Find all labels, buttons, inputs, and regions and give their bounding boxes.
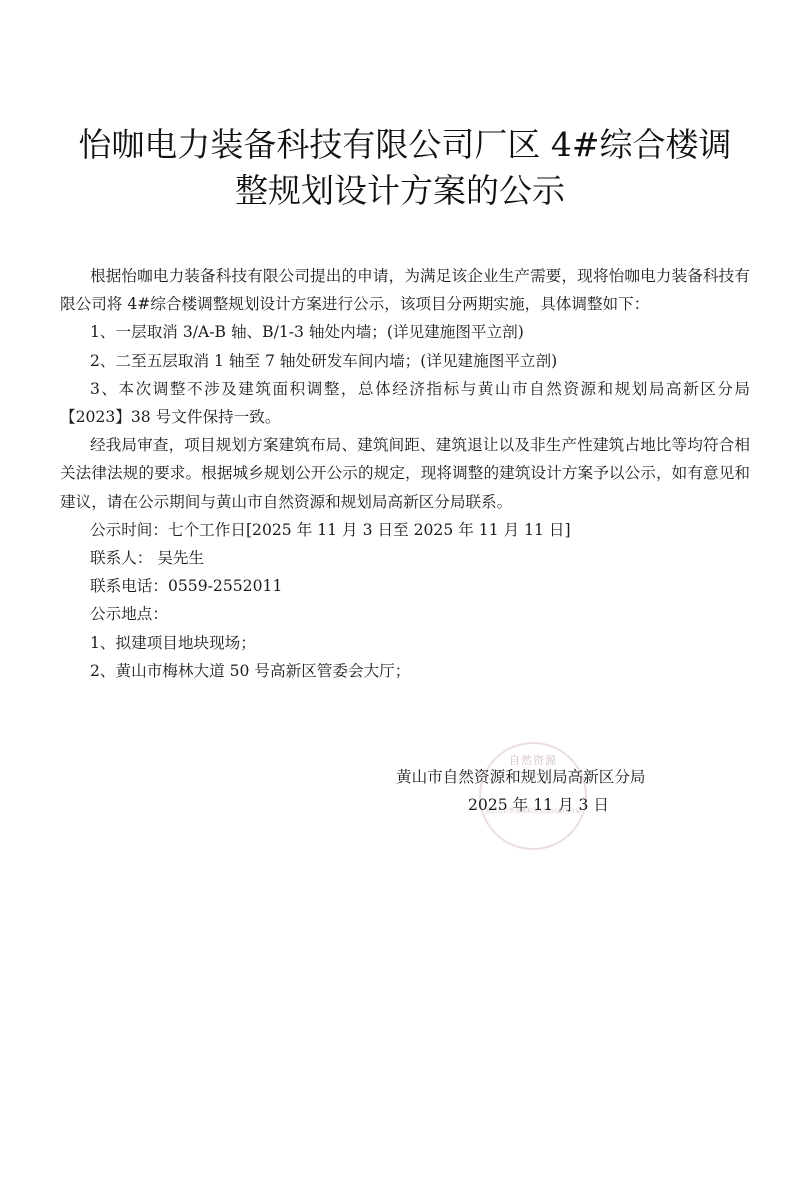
signing-organization: 黄山市自然资源和规划局高新区分局 [396,763,646,791]
contact-phone: 联系电话：0559-2552011 [60,572,750,600]
location-item-2: 2、黄山市梅林大道 50 号高新区管委会大厅； [60,657,750,685]
title-line-2: 整规划设计方案的公示 [0,168,800,214]
title-line-1: 怡咖电力装备科技有限公司厂区 4#综合楼调 [0,122,800,168]
locations-label: 公示地点： [60,600,750,628]
signature-block: 黄山市自然资源和规划局高新区分局 2025 年 11 月 3 日 [396,763,646,819]
document-title: 怡咖电力装备科技有限公司厂区 4#综合楼调 整规划设计方案的公示 [0,122,800,214]
adjustment-item-3: 3、本次调整不涉及建筑面积调整，总体经济指标与黄山市自然资源和规划局高新区分局【… [60,375,750,431]
adjustment-item-2: 2、二至五层取消 1 轴至 7 轴处研发车间内墙；(详见建施图平立剖) [60,347,750,375]
notice-period: 公示时间：七个工作日[2025 年 11 月 3 日至 2025 年 11 月 … [60,516,750,544]
contact-person: 联系人： 吴先生 [60,544,750,572]
document-body: 根据怡咖电力装备科技有限公司提出的申请，为满足该企业生产需要，现将怡咖电力装备科… [60,262,750,685]
intro-paragraph: 根据怡咖电力装备科技有限公司提出的申请，为满足该企业生产需要，现将怡咖电力装备科… [60,262,750,318]
review-paragraph: 经我局审查，项目规划方案建筑布局、建筑间距、建筑退让以及非生产性建筑占地比等均符… [60,431,750,516]
location-item-1: 1、拟建项目地块现场； [60,629,750,657]
adjustment-item-1: 1、一层取消 3/A-B 轴、B/1-3 轴处内墙；(详见建施图平立剖) [60,318,750,346]
signing-date: 2025 年 11 月 3 日 [396,791,646,819]
